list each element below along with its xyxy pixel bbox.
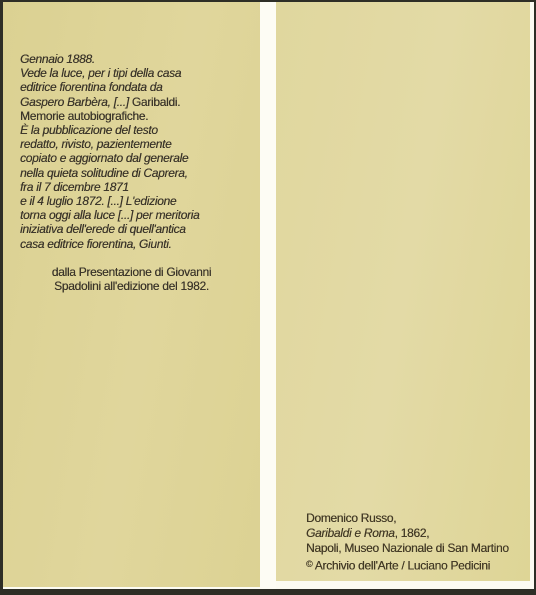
attribution-line: Spadolini all'edizione del 1982. xyxy=(3,279,260,293)
excerpt-line: torna oggi alla luce [...] per meritoria xyxy=(20,208,260,222)
excerpt-line: redatto, rivisto, pazientemente xyxy=(20,137,260,151)
excerpt-line: nella quieta solitudine di Caprera, xyxy=(20,166,260,180)
memoir-excerpt: Gennaio 1888. Vede la luce, per i tipi d… xyxy=(3,2,260,251)
right-page: Domenico Russo, Garibaldi e Roma, 1862, … xyxy=(276,2,530,581)
caption-title: Garibaldi e Roma, 1862, xyxy=(306,526,509,541)
left-page: Gennaio 1888. Vede la luce, per i tipi d… xyxy=(3,2,260,587)
excerpt-line: editrice fiorentina fondata da xyxy=(20,80,260,94)
excerpt-line: Gaspero Barbèra, [...] Garibaldi. xyxy=(20,95,260,109)
excerpt-line: iniziativa dell'erede di quell'antica xyxy=(20,222,260,236)
caption-credit: © Archivio dell'Arte / Luciano Pedicini xyxy=(306,557,509,574)
excerpt-line: Memorie autobiografiche. xyxy=(20,109,260,123)
caption-location: Napoli, Museo Nazionale di San Martino xyxy=(306,541,509,556)
excerpt-line: casa editrice fiorentina, Giunti. xyxy=(20,237,260,251)
excerpt-line: Vede la luce, per i tipi della casa xyxy=(20,66,260,80)
page-gutter xyxy=(260,2,276,589)
caption-artist: Domenico Russo, xyxy=(306,511,509,526)
artwork-caption: Domenico Russo, Garibaldi e Roma, 1862, … xyxy=(306,511,509,574)
excerpt-line: È la pubblicazione del testo xyxy=(20,123,260,137)
excerpt-line: e il 4 luglio 1872. [...] L'edizione xyxy=(20,194,260,208)
excerpt-line: Gennaio 1888. xyxy=(20,52,260,66)
excerpt-line: fra il 7 dicembre 1871 xyxy=(20,180,260,194)
book-spread-photo: Gennaio 1888. Vede la luce, per i tipi d… xyxy=(0,0,536,595)
excerpt-line: copiato e aggiornato dal generale xyxy=(20,151,260,165)
attribution-line: dalla Presentazione di Giovanni xyxy=(3,265,260,279)
presentation-attribution: dalla Presentazione di Giovanni Spadolin… xyxy=(3,265,260,293)
